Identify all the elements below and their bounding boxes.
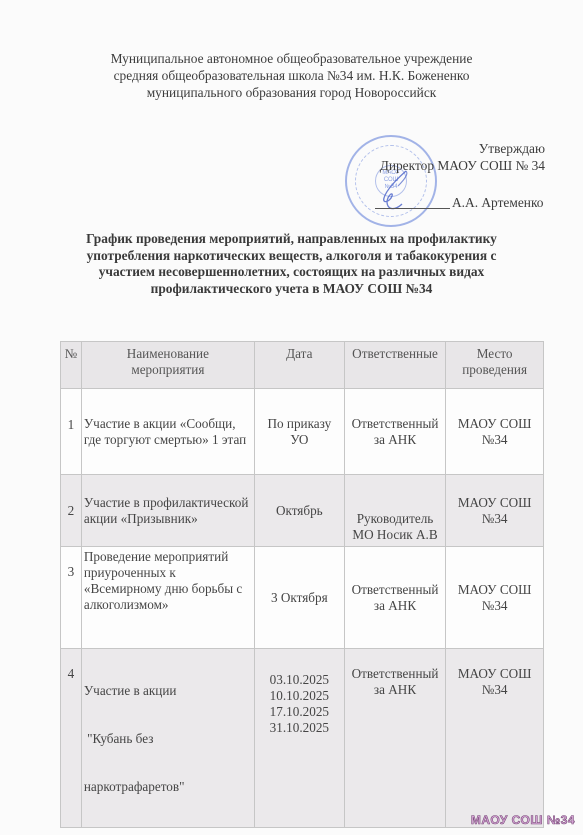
text-line: наркотрафаретов" — [84, 779, 252, 795]
signature-row: А.А. Артеменко — [392, 193, 552, 211]
text-line: Ответственный — [347, 416, 444, 432]
text-line: за АНК — [347, 682, 444, 698]
org-line: Муниципальное автономное общеобразовател… — [0, 50, 583, 67]
event-place: МАОУ СОШ №34 — [446, 475, 544, 547]
event-name: Участие в профилактической акции «Призыв… — [81, 475, 254, 547]
row-number: 3 — [61, 547, 82, 649]
text-line: Ответственный — [347, 582, 444, 598]
header-line: мероприятия — [84, 362, 252, 378]
approve-label: Утверждаю — [380, 140, 545, 157]
watermark-label: МАОУ СОШ №34 — [471, 813, 575, 827]
table-row: 1 Участие в акции «Сообщи, где торгуют с… — [61, 389, 544, 475]
text-line: Ответственный — [347, 666, 444, 682]
text-line: Октябрь — [257, 503, 342, 519]
text-line: Участие в профилактической — [84, 495, 252, 511]
text-line: №34 — [448, 511, 541, 527]
text-line: Участие в акции «Сообщи, — [84, 416, 252, 432]
text-line: приуроченных к — [84, 565, 252, 581]
text-line: 10.10.2025 — [257, 688, 342, 704]
text-line: алкоголизмом» — [84, 597, 252, 613]
text-line: №34 — [448, 682, 541, 698]
title-line: профилактического учета в МАОУ СОШ №34 — [0, 281, 583, 298]
table-row: 3 Проведение мероприятий приуроченных к … — [61, 547, 544, 649]
text-line: 17.10.2025 — [257, 704, 342, 720]
organization-header: Муниципальное автономное общеобразовател… — [0, 50, 583, 101]
text-line: МАОУ СОШ — [448, 666, 541, 682]
header-line: Наименование — [84, 346, 252, 362]
table-header-row: № Наименование мероприятия Дата Ответств… — [61, 342, 544, 389]
text-line: где торгуют смертью» 1 этап — [84, 432, 252, 448]
event-responsible: Ответственный за АНК — [344, 547, 446, 649]
org-line: муниципального образования город Новорос… — [0, 84, 583, 101]
event-date: 3 Октября — [254, 547, 344, 649]
header-line: Место — [448, 346, 541, 362]
text-line: за АНК — [347, 598, 444, 614]
event-date: Октябрь — [254, 475, 344, 547]
text-line: По приказу — [257, 416, 342, 432]
text-line: за АНК — [347, 432, 444, 448]
signature-line — [375, 208, 450, 209]
event-date: 03.10.2025 10.10.2025 17.10.2025 31.10.2… — [254, 649, 344, 828]
event-place: МАОУ СОШ №34 — [446, 547, 544, 649]
title-line: участием несовершеннолетних, состоящих н… — [0, 264, 583, 281]
event-name: Проведение мероприятий приуроченных к «В… — [81, 547, 254, 649]
title-line: употребления наркотических веществ, алко… — [0, 248, 583, 265]
row-number: 2 — [61, 475, 82, 547]
event-place: МАОУ СОШ №34 — [446, 389, 544, 475]
text-line: 31.10.2025 — [257, 720, 342, 736]
text-line: Проведение мероприятий — [84, 549, 252, 565]
text-line: УО — [257, 432, 342, 448]
org-line: средняя общеобразовательная школа №34 им… — [0, 67, 583, 84]
text-line: МАОУ СОШ — [448, 582, 541, 598]
event-place: МАОУ СОШ №34 — [446, 649, 544, 828]
col-header-name: Наименование мероприятия — [81, 342, 254, 389]
signatory-name: А.А. Артеменко — [452, 195, 543, 211]
event-name: Участие в акции "Кубань без наркотрафаре… — [81, 649, 254, 828]
document-title: График проведения мероприятий, направлен… — [0, 231, 583, 297]
text-line: МАОУ СОШ — [448, 416, 541, 432]
col-header-number: № — [61, 342, 82, 389]
text-line: №34 — [448, 598, 541, 614]
text-line: «Всемирному дню борьбы с — [84, 581, 252, 597]
header-line: проведения — [448, 362, 541, 378]
col-header-responsible: Ответственные — [344, 342, 446, 389]
text-line: 03.10.2025 — [257, 672, 342, 688]
col-header-place: Место проведения — [446, 342, 544, 389]
event-name: Участие в акции «Сообщи, где торгуют сме… — [81, 389, 254, 475]
text-line: №34 — [448, 432, 541, 448]
text-line: "Кубань без — [84, 731, 252, 747]
text-line: акции «Призывник» — [84, 511, 252, 527]
events-table: № Наименование мероприятия Дата Ответств… — [60, 341, 544, 828]
title-line: График проведения мероприятий, направлен… — [0, 231, 583, 248]
table-row: 4 Участие в акции "Кубань без наркотрафа… — [61, 649, 544, 828]
text-line: Руководитель — [347, 511, 444, 527]
text-line: МО Носик А.В — [347, 527, 444, 543]
row-number: 1 — [61, 389, 82, 475]
table-row: 2 Участие в профилактической акции «Приз… — [61, 475, 544, 547]
event-responsible: Ответственный за АНК — [344, 389, 446, 475]
text-line: Участие в акции — [84, 683, 252, 699]
row-number: 4 — [61, 649, 82, 828]
text-line: МАОУ СОШ — [448, 495, 541, 511]
event-responsible: Руководитель МО Носик А.В — [344, 475, 446, 547]
event-responsible: Ответственный за АНК — [344, 649, 446, 828]
text-line: 3 Октября — [257, 590, 342, 606]
event-date: По приказу УО — [254, 389, 344, 475]
col-header-date: Дата — [254, 342, 344, 389]
